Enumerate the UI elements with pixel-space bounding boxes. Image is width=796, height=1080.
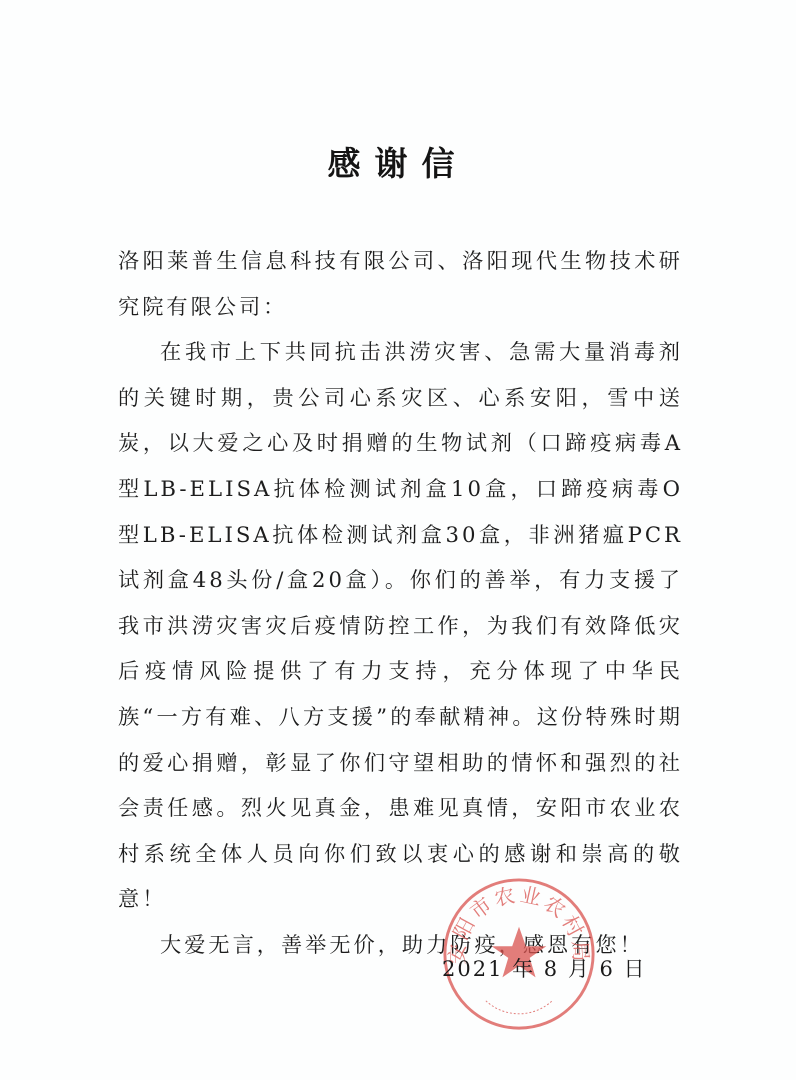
main-paragraph: 在我市上下共同抗击洪涝灾害、急需大量消毒剂的关键时期，贵公司心系灾区、心系安阳，… <box>118 329 683 922</box>
letter-body: 洛阳莱普生信息科技有限公司、洛阳现代生物技术研究院有限公司： 在我市上下共同抗击… <box>118 238 683 968</box>
letter-date: 2021 年 8 月 6 日 <box>442 953 647 983</box>
letter-title: 感谢信 <box>0 138 796 185</box>
salutation: 洛阳莱普生信息科技有限公司、洛阳现代生物技术研究院有限公司： <box>118 238 683 329</box>
